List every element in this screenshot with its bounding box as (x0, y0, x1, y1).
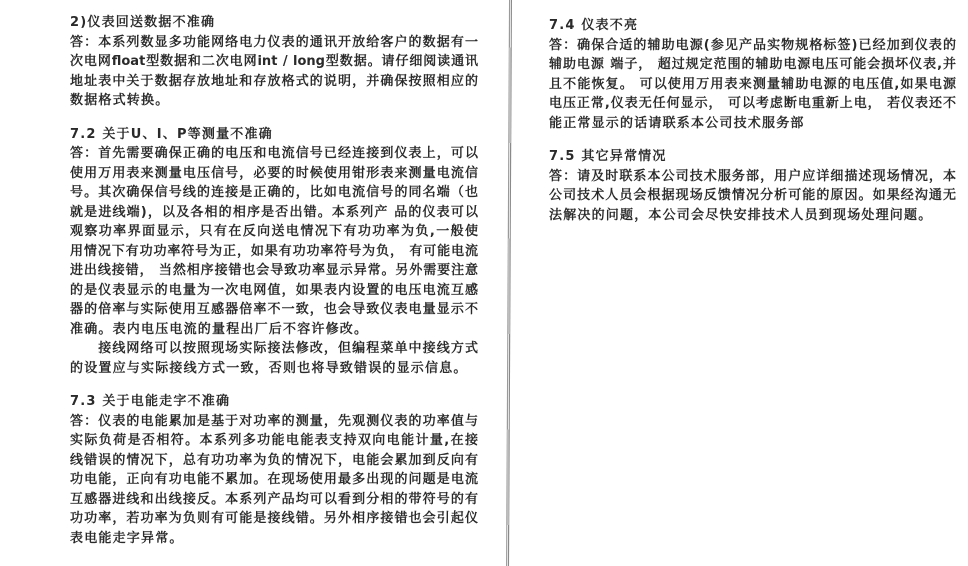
text-line: 表电能走字异常。 (70, 529, 478, 549)
text-line: 号。其次确保信号线的连接是正确的，比如电流信号的同名端（也 (70, 183, 478, 203)
text-line: 答：首先需要确保正确的电压和电流信号已经连接到仪表上，可以 (70, 144, 478, 164)
text-line: 功电能，正向有功电能不累加。在现场使用最多出现的问题是电流 (70, 470, 478, 490)
text-line: 辅助电源 端子， 超过规定范围的辅助电源电压可能会损坏仪表,并 (549, 55, 956, 75)
text-line: 答：请及时联系本公司技术服务部，用户应详细描述现场情况，本 (549, 167, 956, 187)
document-page: 2)仪表回送数据不准确答：本系列数显多功能网络电力仪表的通讯开放给客户的数据有一… (0, 0, 968, 566)
text-line: 公司技术人员会根据现场反馈情况分析可能的原因。如果经沟通无 (549, 186, 956, 206)
text-line: 线错误的情况下，总有功功率为负的情况下，电能会累加到反向有 (70, 451, 478, 471)
text-line: 进出线接错， 当然相序接错也会导致功率显示异常。另外需要注意 (70, 261, 478, 281)
text-line: 实际负荷是否相符。本系列多功能电能表支持双向电能计量,在接 (70, 431, 478, 451)
text-line: 用情况下有功功率符号为正，如果有功功率符号为负， 有可能电流 (70, 242, 478, 262)
text-line: 答：仪表的电能累加是基于对功率的测量，先观测仪表的功率值与 (70, 412, 478, 432)
text-line: 观察功率界面显示，只有在反向送电情况下有功功率为负,一般使 (70, 222, 478, 242)
text-line: 次电网float型数据和二次电网int / long型数据。请仔细阅读通讯 (70, 52, 478, 72)
text-line: 法解决的问题，本公司会尽快安排技术人员到现场处理问题。 (549, 206, 956, 226)
text-line: 的是仪表显示的电量为一次电网值，如果表内设置的电压电流互感 (70, 281, 478, 301)
section-heading: 2)仪表回送数据不准确 (70, 13, 478, 33)
right-text-column: 7.4 仪表不亮答：确保合适的辅助电源(参见产品实物规格标签)已经加到仪表的 辅… (549, 16, 956, 225)
text-line: 且不能恢复。 可以使用万用表来测量辅助电源的电压值,如果电源 (549, 75, 956, 95)
text-line: 地址表中关于数据存放地址和存放格式的说明，并确保按照相应的 (70, 72, 478, 92)
column-divider-line (506, 0, 512, 566)
text-line: 电压正常,仪表无任何显示， 可以考虑断电重新上电， 若仪表还不 (549, 94, 956, 114)
text-line: 准确。表内电压电流的量程出厂后不容许修改。 (70, 320, 478, 340)
text-line: 使用万用表来测量电压信号，必要的时候使用钳形表来测量电流信 (70, 164, 478, 184)
text-line: 功功率，若功率为负则有可能是接线错。另外相序接错也会引起仪 (70, 509, 478, 529)
section-heading: 7.5 其它异常情况 (549, 147, 956, 167)
left-text-column: 2)仪表回送数据不准确答：本系列数显多功能网络电力仪表的通讯开放给客户的数据有一… (70, 13, 478, 548)
section-heading: 7.4 仪表不亮 (549, 16, 956, 36)
text-line: 能正常显示的话请联系本公司技术服务部 (549, 114, 956, 134)
text-line: 就是进线端)，以及各相的相序是否出错。本系列产 品的仪表可以 (70, 203, 478, 223)
text-line: 互感器进线和出线接反。本系列产品均可以看到分相的带符号的有 (70, 490, 478, 510)
text-line: 接线网络可以按照现场实际接法修改，但编程菜单中接线方式 (70, 339, 478, 359)
text-line: 答：本系列数显多功能网络电力仪表的通讯开放给客户的数据有一 (70, 33, 478, 53)
text-line: 器的倍率与实际使用互感器倍率不一致，也会导致仪表电量显示不 (70, 300, 478, 320)
text-line: 数据格式转换。 (70, 91, 478, 111)
section-heading: 7.2 关于U、I、P等测量不准确 (70, 125, 478, 145)
text-line: 答：确保合适的辅助电源(参见产品实物规格标签)已经加到仪表的 (549, 36, 956, 56)
text-line: 的设置应与实际接线方式一致，否则也将导致错误的显示信息。 (70, 359, 478, 379)
section-heading: 7.3 关于电能走字不准确 (70, 392, 478, 412)
